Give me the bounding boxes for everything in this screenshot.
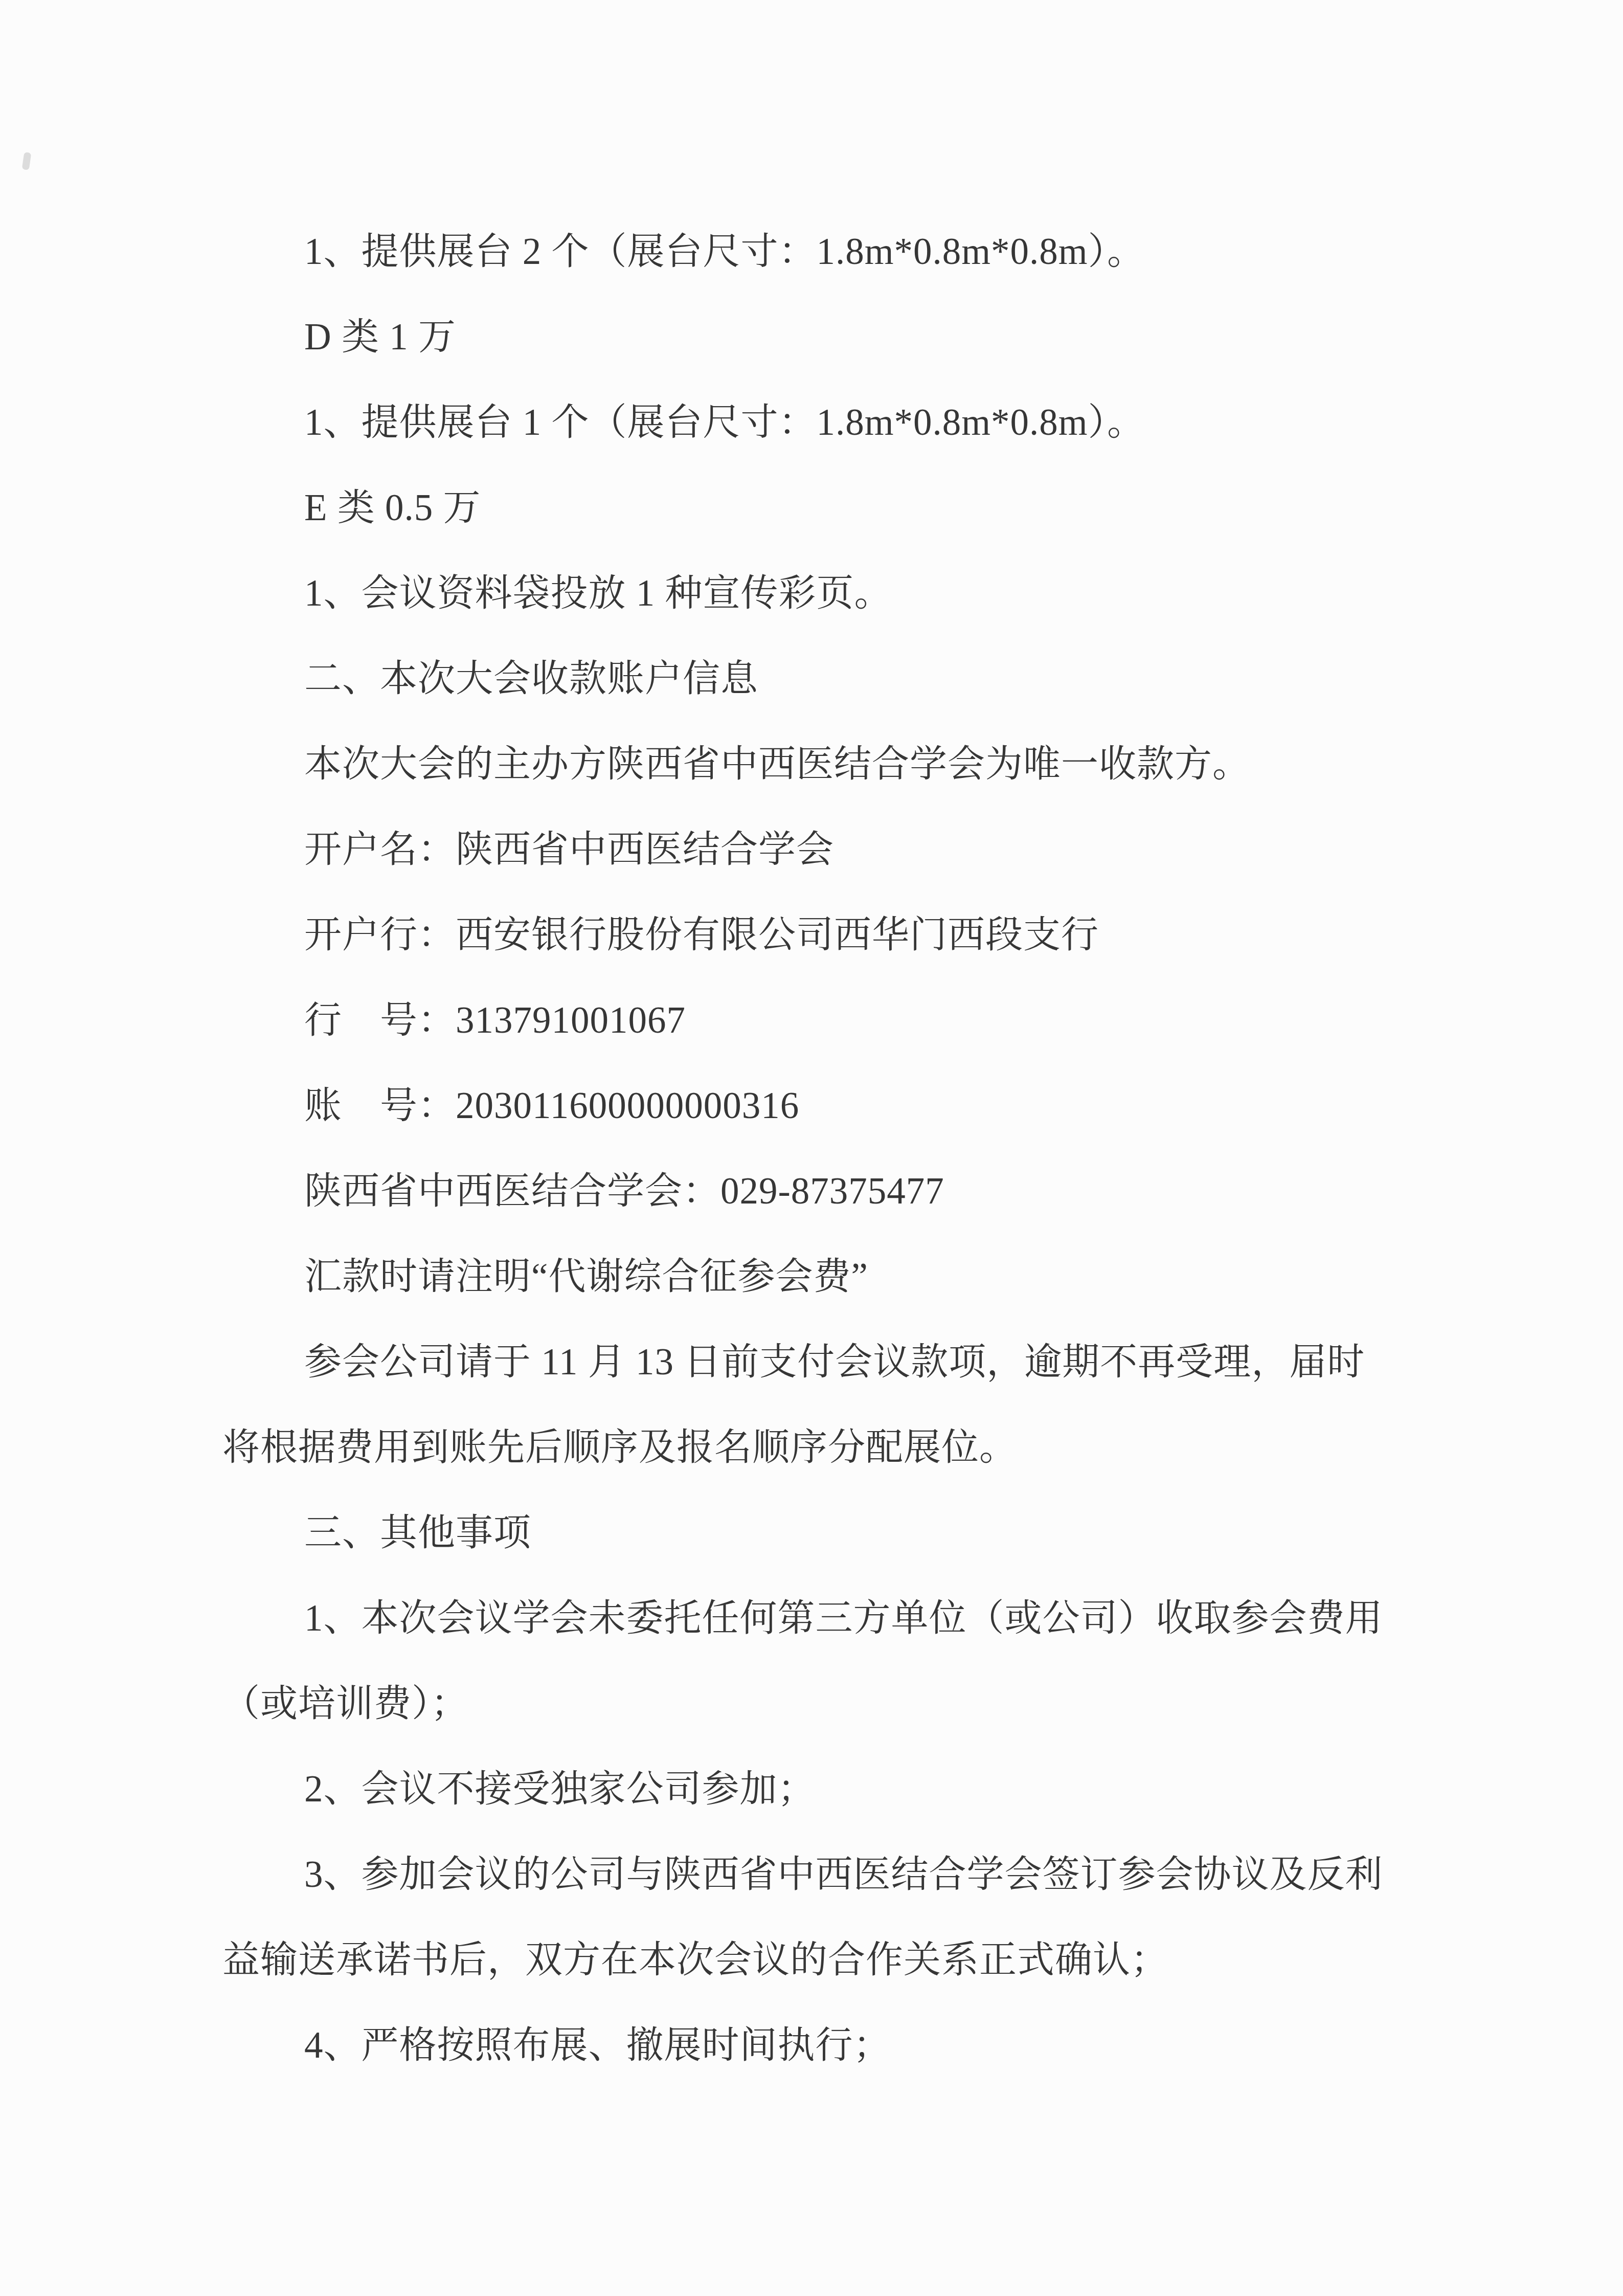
doc-line: 益输送承诺书后，双方在本次会议的合作关系正式确认；	[222, 1917, 1623, 2002]
doc-line-account-name: 开户名：陕西省中西医结合学会	[222, 807, 1623, 892]
doc-line-account-number: 账 号：203011600000000316	[222, 1063, 1623, 1148]
doc-section-heading: 二、本次大会收款账户信息	[222, 636, 1623, 721]
doc-line: 1、提供展台 2 个（展台尺寸：1.8m*0.8m*0.8m）。	[222, 209, 1623, 294]
doc-line-bank-name: 开户行：西安银行股份有限公司西华门西段支行	[222, 892, 1623, 977]
doc-line: （或培训费）；	[222, 1661, 1623, 1746]
document-text-block: 1、提供展台 2 个（展台尺寸：1.8m*0.8m*0.8m）。 D 类 1 万…	[222, 209, 1623, 2088]
doc-line: 本次大会的主办方陕西省中西医结合学会为唯一收款方。	[222, 721, 1623, 807]
doc-line: 1、本次会议学会未委托任何第三方单位（或公司）收取参会费用	[222, 1575, 1623, 1661]
doc-line: 汇款时请注明“代谢综合征参会费”	[222, 1234, 1623, 1319]
doc-line: 4、严格按照布展、撤展时间执行；	[222, 2002, 1623, 2088]
doc-line: 3、参加会议的公司与陕西省中西医结合学会签订参会协议及反利	[222, 1832, 1623, 1917]
doc-section-heading: 三、其他事项	[222, 1490, 1623, 1575]
doc-line: D 类 1 万	[222, 294, 1623, 380]
scan-artifact-smudge	[22, 152, 32, 170]
doc-line: 将根据费用到账先后顺序及报名顺序分配展位。	[222, 1405, 1623, 1490]
doc-line: 1、提供展台 1 个（展台尺寸：1.8m*0.8m*0.8m）。	[222, 380, 1623, 465]
doc-line-phone: 陕西省中西医结合学会：029-87375477	[222, 1148, 1623, 1234]
doc-line: 2、会议不接受独家公司参加；	[222, 1746, 1623, 1832]
doc-line: 参会公司请于 11 月 13 日前支付会议款项，逾期不再受理，届时	[222, 1319, 1623, 1405]
doc-line-bank-code: 行 号：313791001067	[222, 977, 1623, 1063]
document-page: 1、提供展台 2 个（展台尺寸：1.8m*0.8m*0.8m）。 D 类 1 万…	[0, 0, 1623, 2296]
doc-line: E 类 0.5 万	[222, 465, 1623, 550]
doc-line: 1、会议资料袋投放 1 种宣传彩页。	[222, 550, 1623, 636]
